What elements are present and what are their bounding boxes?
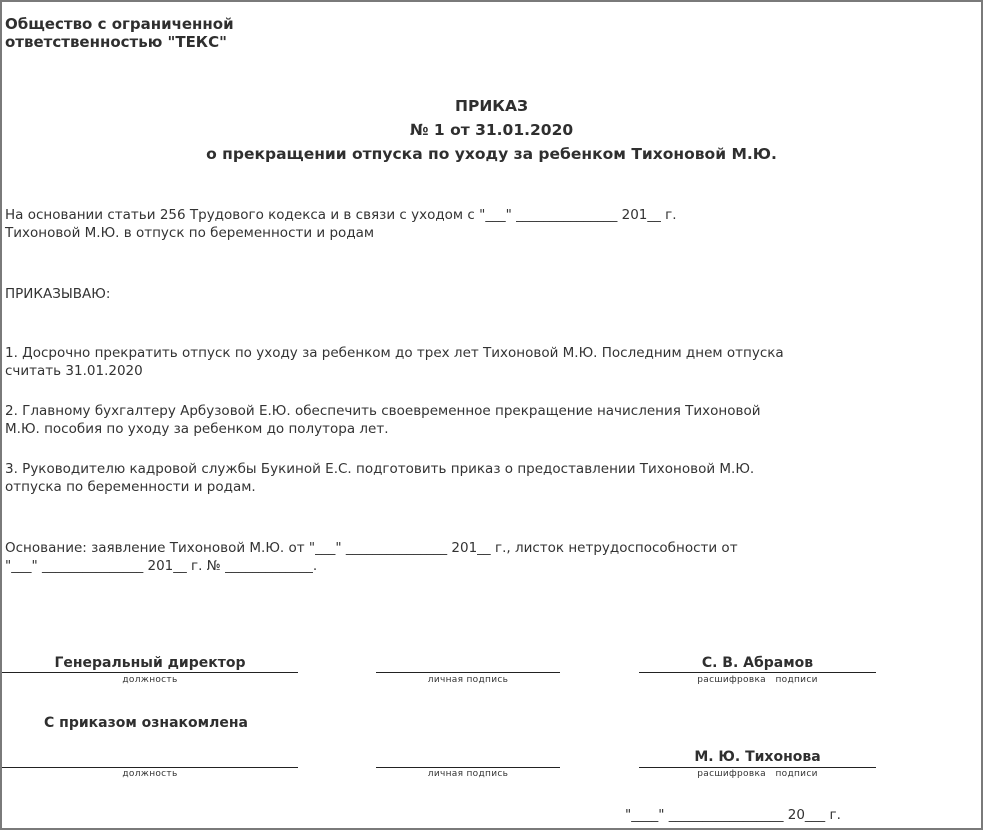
director-position-line — [2, 672, 298, 673]
basis-line-1: Основание: заявление Тихоновой М.Ю. от "… — [5, 539, 738, 557]
basis-line-2: "___" _______________ 201__ г. № _______… — [5, 557, 738, 575]
order-item-2-line-2: М.Ю. пособия по уходу за ребенком до пол… — [5, 420, 761, 438]
director-name-caption: расшифровка подписи — [639, 675, 876, 685]
employee-signature-line[interactable] — [376, 767, 560, 768]
preamble: На основании статьи 256 Трудового кодекс… — [5, 206, 677, 242]
employee-name: М. Ю. Тихонова — [639, 749, 876, 765]
director-name: С. В. Абрамов — [639, 655, 876, 671]
order-item-3: 3. Руководителю кадровой службы Букиной … — [5, 460, 754, 496]
director-signature-line[interactable] — [376, 672, 560, 673]
acknowledgement-title: С приказом ознакомлена — [44, 715, 248, 731]
organization-name: Общество с ограниченной ответственностью… — [5, 15, 234, 51]
order-item-1-line-1: 1. Досрочно прекратить отпуск по уходу з… — [5, 344, 784, 362]
employee-position-caption: должность — [2, 769, 298, 779]
preamble-line-2: Тихоновой М.Ю. в отпуск по беременности … — [5, 224, 677, 242]
organization-line-1: Общество с ограниченной — [5, 15, 234, 33]
director-position-caption: должность — [2, 675, 298, 685]
director-name-line — [639, 672, 876, 673]
preamble-line-1: На основании статьи 256 Трудового кодекс… — [5, 206, 677, 224]
document-title: ПРИКАЗ — [2, 97, 981, 115]
order-word: ПРИКАЗЫВАЮ: — [5, 285, 110, 303]
basis: Основание: заявление Тихоновой М.Ю. от "… — [5, 539, 738, 575]
employee-position-line[interactable] — [2, 767, 298, 768]
order-item-1: 1. Досрочно прекратить отпуск по уходу з… — [5, 344, 784, 380]
employee-name-caption: расшифровка подписи — [639, 769, 876, 779]
order-item-3-line-1: 3. Руководителю кадровой службы Букиной … — [5, 460, 754, 478]
employee-name-line — [639, 767, 876, 768]
order-item-2-line-1: 2. Главному бухгалтеру Арбузовой Е.Ю. об… — [5, 402, 761, 420]
order-item-2: 2. Главному бухгалтеру Арбузовой Е.Ю. об… — [5, 402, 761, 438]
acknowledgement-date-line[interactable]: "____" _________________ 20___ г. — [625, 807, 841, 823]
employee-signature-caption: личная подпись — [376, 769, 560, 779]
director-signature-caption: личная подпись — [376, 675, 560, 685]
document-subject: о прекращении отпуска по уходу за ребенк… — [2, 145, 981, 163]
order-item-1-line-2: считать 31.01.2020 — [5, 362, 784, 380]
director-position: Генеральный директор — [2, 655, 298, 671]
organization-line-2: ответственностью "ТЕКС" — [5, 33, 234, 51]
document-page: Общество с ограниченной ответственностью… — [0, 0, 983, 830]
document-number-date: № 1 от 31.01.2020 — [2, 121, 981, 139]
order-item-3-line-2: отпуска по беременности и родам. — [5, 478, 754, 496]
